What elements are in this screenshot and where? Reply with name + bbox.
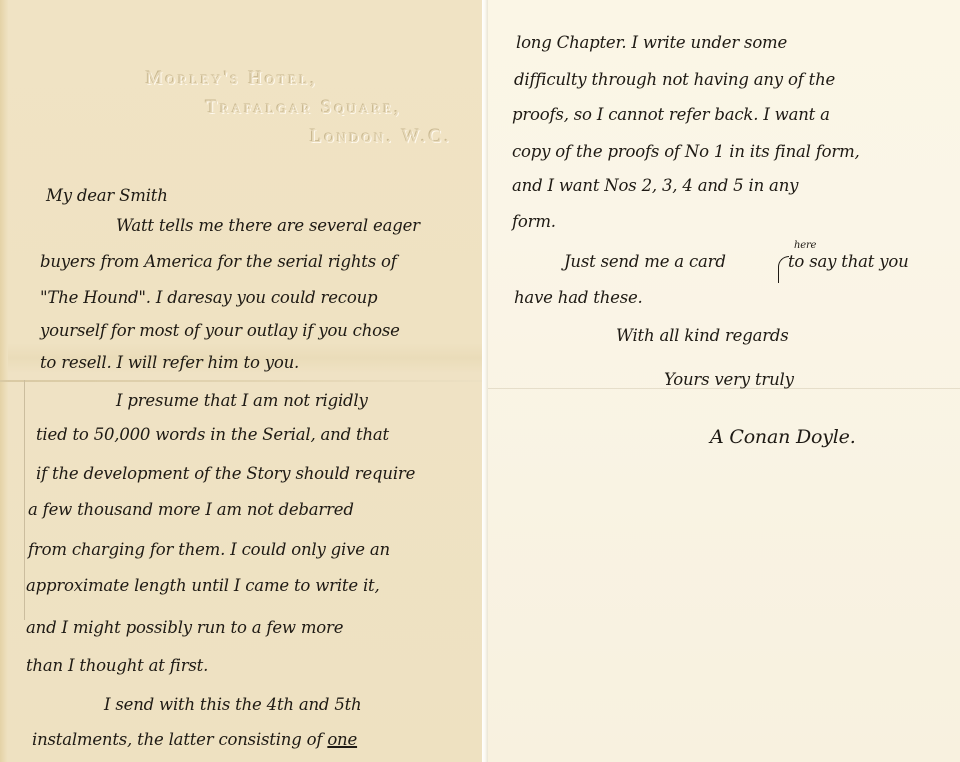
letterhead-city: London. W.C. bbox=[146, 122, 452, 151]
letter-line: yourself for most of your outlay if you … bbox=[40, 321, 400, 340]
letter-line: than I thought at first. bbox=[26, 656, 208, 675]
letter-line: a few thousand more I am not debarred bbox=[28, 500, 354, 519]
letter-line: "The Hound". I daresay you could recoup bbox=[40, 288, 377, 307]
letter-line: to resell. I will refer him to you. bbox=[40, 353, 299, 372]
embossed-letterhead: Morley's Hotel, Trafalgar Square, London… bbox=[146, 64, 452, 151]
letter-line: long Chapter. I write under some bbox=[516, 33, 787, 52]
letter-line-text: instalments, the latter consisting of bbox=[32, 730, 322, 749]
signature: A Conan Doyle. bbox=[710, 426, 856, 448]
valediction: Yours very truly bbox=[664, 370, 794, 389]
letter-line: form. bbox=[512, 212, 556, 231]
letter-line: and I want Nos 2, 3, 4 and 5 in any bbox=[512, 176, 798, 195]
letter-line: and I might possibly run to a few more bbox=[26, 618, 343, 637]
letter-line: from charging for them. I could only giv… bbox=[28, 540, 390, 559]
letterhead-hotel: Morley's Hotel, bbox=[146, 64, 318, 93]
letter-line: to say that you bbox=[788, 252, 909, 271]
letter-line: difficulty through not having any of the bbox=[514, 70, 835, 89]
letter-line: approximate length until I came to write… bbox=[26, 576, 380, 595]
letter-page-right: long Chapter. I write under some difficu… bbox=[488, 0, 960, 762]
salutation: My dear Smith bbox=[46, 186, 168, 205]
letter-line: tied to 50,000 words in the Serial, and … bbox=[36, 425, 389, 444]
letter-line: Just send me a card bbox=[564, 252, 726, 271]
underlined-word: one bbox=[327, 730, 357, 749]
inserted-word: here bbox=[794, 240, 816, 251]
letter-page-left: Morley's Hotel, Trafalgar Square, London… bbox=[0, 0, 482, 762]
letter-line: have had these. bbox=[514, 288, 643, 307]
letter-line: instalments, the latter consisting of on… bbox=[32, 730, 357, 749]
letter-line: buyers from America for the serial right… bbox=[40, 252, 397, 271]
letter-line: copy of the proofs of No 1 in its final … bbox=[512, 142, 860, 161]
letterhead-square: Trafalgar Square, bbox=[146, 93, 402, 122]
letter-line: I presume that I am not rigidly bbox=[116, 391, 368, 410]
margin-pencil-line bbox=[24, 380, 25, 620]
letter-line: Watt tells me there are several eager bbox=[116, 216, 420, 235]
letter-line: proofs, so I cannot refer back. I want a bbox=[512, 105, 830, 124]
letter-line: I send with this the 4th and 5th bbox=[104, 695, 361, 714]
letter-line: if the development of the Story should r… bbox=[36, 464, 415, 483]
closing: With all kind regards bbox=[616, 326, 789, 345]
paper-fold-horizontal bbox=[0, 380, 482, 382]
